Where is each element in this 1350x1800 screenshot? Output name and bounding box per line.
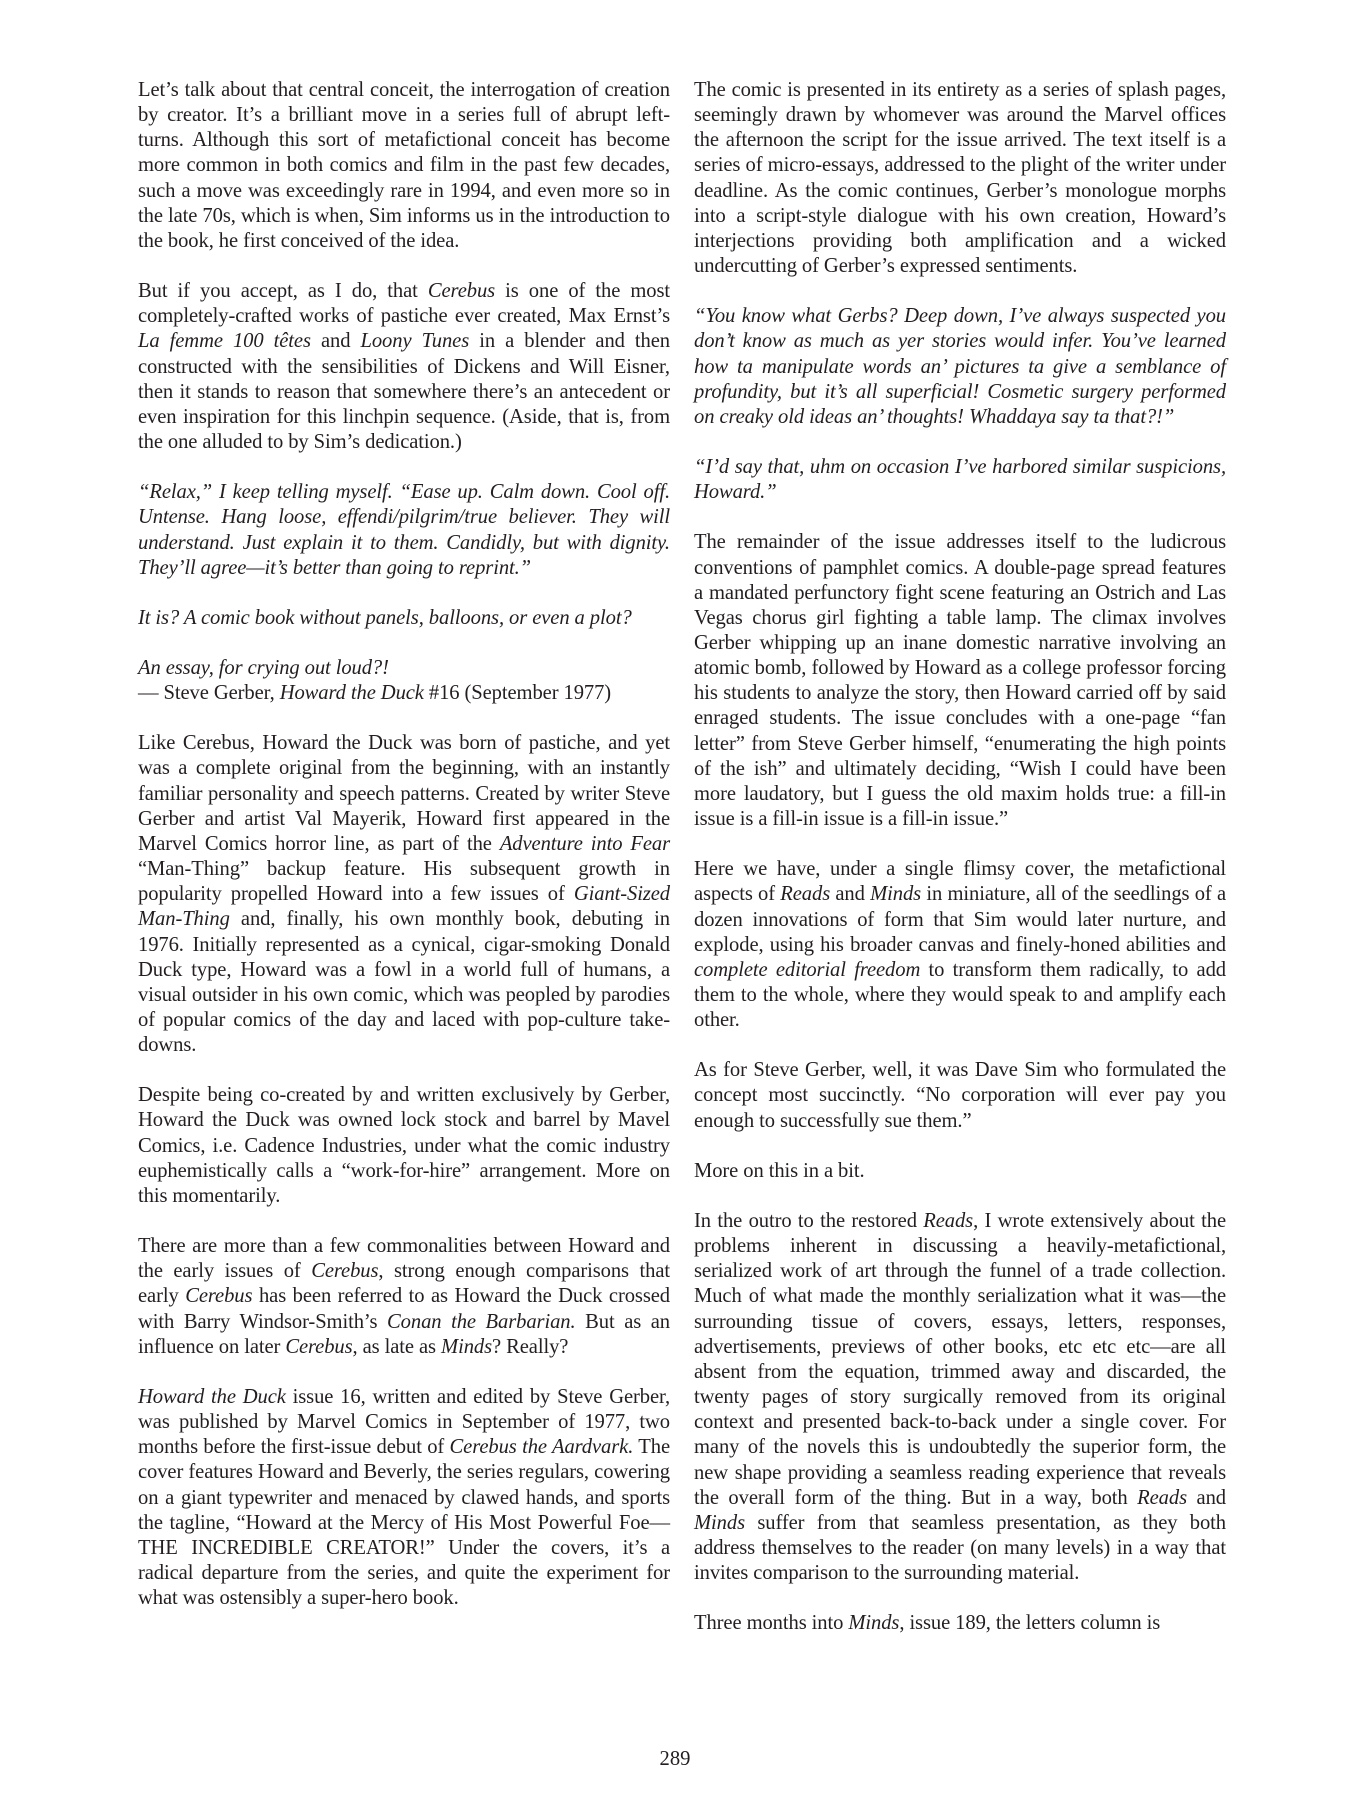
italic-text: Cerebus [311, 1260, 378, 1282]
book-page: Let’s talk about that central conceit, t… [0, 0, 1350, 1800]
body-paragraph: Let’s talk about that central conceit, t… [138, 78, 670, 254]
italic-text: Minds [694, 1512, 745, 1534]
text-run: , as late as [353, 1336, 441, 1358]
text-run: and [1187, 1487, 1226, 1509]
right-column: The comic is presented in its entirety a… [694, 78, 1226, 1661]
italic-text: Minds [848, 1612, 899, 1634]
italic-text: La femme 100 têtes [138, 330, 311, 352]
italic-text: Minds [870, 883, 921, 905]
block-quote: It is? A comic book without panels, ball… [138, 606, 670, 631]
text-run: #16 (September 1977) [424, 682, 611, 704]
text-run: Three months into [694, 1612, 848, 1634]
italic-text: Conan the Barbarian. [387, 1311, 575, 1333]
text-run: As for Steve Gerber, well, it was Dave S… [694, 1059, 1226, 1131]
body-paragraph: — Steve Gerber, Howard the Duck #16 (Sep… [138, 681, 670, 706]
text-run: Despite being co-created by and written … [138, 1084, 670, 1207]
italic-text: Reads [780, 883, 830, 905]
text-run: More on this in a bit. [694, 1160, 865, 1182]
text-run: “I’d say that, uhm on occasion I’ve harb… [694, 456, 1226, 503]
text-run: The remainder of the issue addresses its… [694, 531, 1226, 830]
body-paragraph: The remainder of the issue addresses its… [694, 530, 1226, 832]
text-run: It is? A comic book without panels, ball… [138, 607, 632, 629]
body-paragraph: But if you accept, as I do, that Cerebus… [138, 279, 670, 455]
text-run: In the outro to the restored [694, 1210, 923, 1232]
block-quote: An essay, for crying out loud?! [138, 656, 670, 681]
italic-text: Howard the Duck [280, 682, 424, 704]
text-run: The comic is presented in its entirety a… [694, 79, 1226, 277]
italic-text: Cerebus the Aardvark. [450, 1436, 634, 1458]
body-paragraph: Here we have, under a single flimsy cove… [694, 857, 1226, 1033]
body-paragraph: Like Cerebus, Howard the Duck was born o… [138, 731, 670, 1058]
text-run: — Steve Gerber, [138, 682, 280, 704]
text-run: and [311, 330, 361, 352]
body-paragraph: More on this in a bit. [694, 1159, 1226, 1184]
text-run: , I wrote extensively about the problems… [694, 1210, 1226, 1509]
italic-text: Minds [441, 1336, 492, 1358]
italic-text: Reads [1137, 1487, 1187, 1509]
left-column: Let’s talk about that central conceit, t… [138, 78, 670, 1636]
text-run: ? Really? [492, 1336, 568, 1358]
body-paragraph: The comic is presented in its entirety a… [694, 78, 1226, 279]
italic-text: Cerebus [285, 1336, 352, 1358]
text-run: Let’s talk about that central conceit, t… [138, 79, 670, 252]
page-number: 289 [0, 1747, 1350, 1772]
text-run: , issue 189, the letters column is [899, 1612, 1160, 1634]
body-paragraph: Three months into Minds, issue 189, the … [694, 1611, 1226, 1636]
body-paragraph: Despite being co-created by and written … [138, 1083, 670, 1209]
italic-text: Adventure into Fear [500, 833, 670, 855]
body-paragraph: As for Steve Gerber, well, it was Dave S… [694, 1058, 1226, 1133]
body-paragraph: Howard the Duck issue 16, written and ed… [138, 1385, 670, 1611]
text-run: and, finally, his own monthly book, debu… [138, 908, 670, 1056]
text-run: An essay, for crying out loud?! [138, 657, 389, 679]
italic-text: Reads [923, 1210, 973, 1232]
italic-text: Cerebus [428, 280, 495, 302]
text-run: “Relax,” I keep telling myself. “Ease up… [138, 481, 670, 578]
italic-text: Cerebus [185, 1285, 252, 1307]
text-run: “You know what Gerbs? Deep down, I’ve al… [694, 305, 1226, 428]
block-quote: “I’d say that, uhm on occasion I’ve harb… [694, 455, 1226, 505]
block-quote: “Relax,” I keep telling myself. “Ease up… [138, 480, 670, 581]
block-quote: “You know what Gerbs? Deep down, I’ve al… [694, 304, 1226, 430]
text-run: and [830, 883, 870, 905]
italic-text: Loony Tunes [361, 330, 470, 352]
italic-text: complete editorial freedom [694, 959, 920, 981]
text-run: But if you accept, as I do, that [138, 280, 428, 302]
body-paragraph: There are more than a few commonalities … [138, 1234, 670, 1360]
body-paragraph: In the outro to the restored Reads, I wr… [694, 1209, 1226, 1586]
text-run: suffer from that seamless presentation, … [694, 1512, 1226, 1584]
text-run: The cover features Howard and Beverly, t… [138, 1436, 670, 1609]
italic-text: Howard the Duck [138, 1386, 286, 1408]
